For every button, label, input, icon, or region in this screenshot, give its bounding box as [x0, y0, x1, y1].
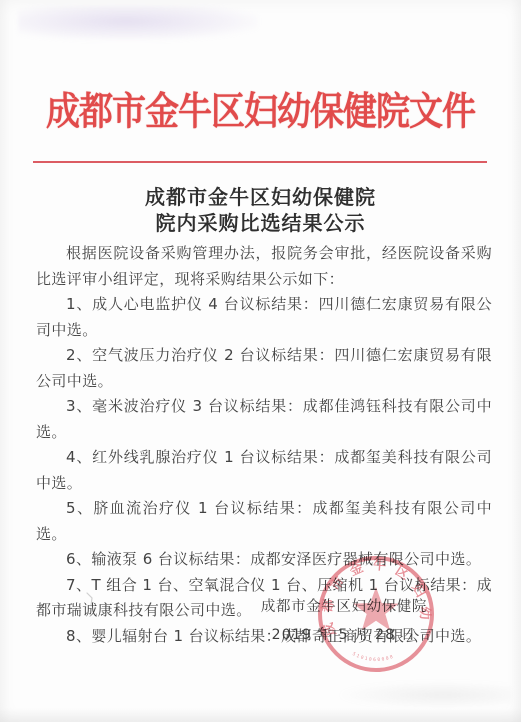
body-item-1: 1、成人心电监护仪 4 台议标结果：四川德仁宏康贸易有限公司中选。	[36, 292, 492, 343]
seal-arc-text: 成都市金牛区妇幼保健院	[311, 549, 432, 638]
document-title: 成都市金牛区妇幼保健院 院内采购比选结果公示	[0, 184, 521, 236]
seal-serial-group: 5101060008	[351, 651, 395, 663]
scan-noise-bottom-right	[341, 682, 511, 708]
body-intro-paragraph: 根据医院设备采购管理办法，报院务会审批，经医院设备采购比选评审小组评定，现将采购…	[36, 241, 492, 292]
scan-smudge-top-left	[18, 6, 258, 40]
document-header-title: 成都市金牛区妇幼保健院文件	[0, 80, 521, 136]
document-title-line2: 院内采购比选结果公示	[0, 210, 521, 236]
document-title-line1: 成都市金牛区妇幼保健院	[0, 184, 521, 210]
header-divider-line	[33, 161, 487, 163]
pencil-check-mark	[84, 590, 98, 608]
body-item-5: 5、脐血流治疗仪 1 台议标结果：成都玺美科技有限公司中选。	[36, 496, 492, 547]
seal-serial-number: 5101060008	[351, 651, 395, 663]
seal-star-icon	[353, 587, 399, 630]
seal-arc-text-group: 成都市金牛区妇幼保健院	[311, 549, 432, 638]
official-seal: 成都市金牛区妇幼保健院 5101060008	[311, 549, 441, 679]
body-item-3: 3、毫米波治疗仪 3 台议标结果：成都佳鸿钰科技有限公司中选。	[36, 394, 492, 445]
scanned-document-page: 成都市金牛区妇幼保健院文件 成都市金牛区妇幼保健院 院内采购比选结果公示 根据医…	[0, 0, 521, 722]
body-item-2: 2、空气波压力治疗仪 2 台议标结果：四川德仁宏康贸易有限公司中选。	[36, 343, 492, 394]
body-item-4: 4、红外线乳腺治疗仪 1 台议标结果：成都玺美科技有限公司中选。	[36, 445, 492, 496]
